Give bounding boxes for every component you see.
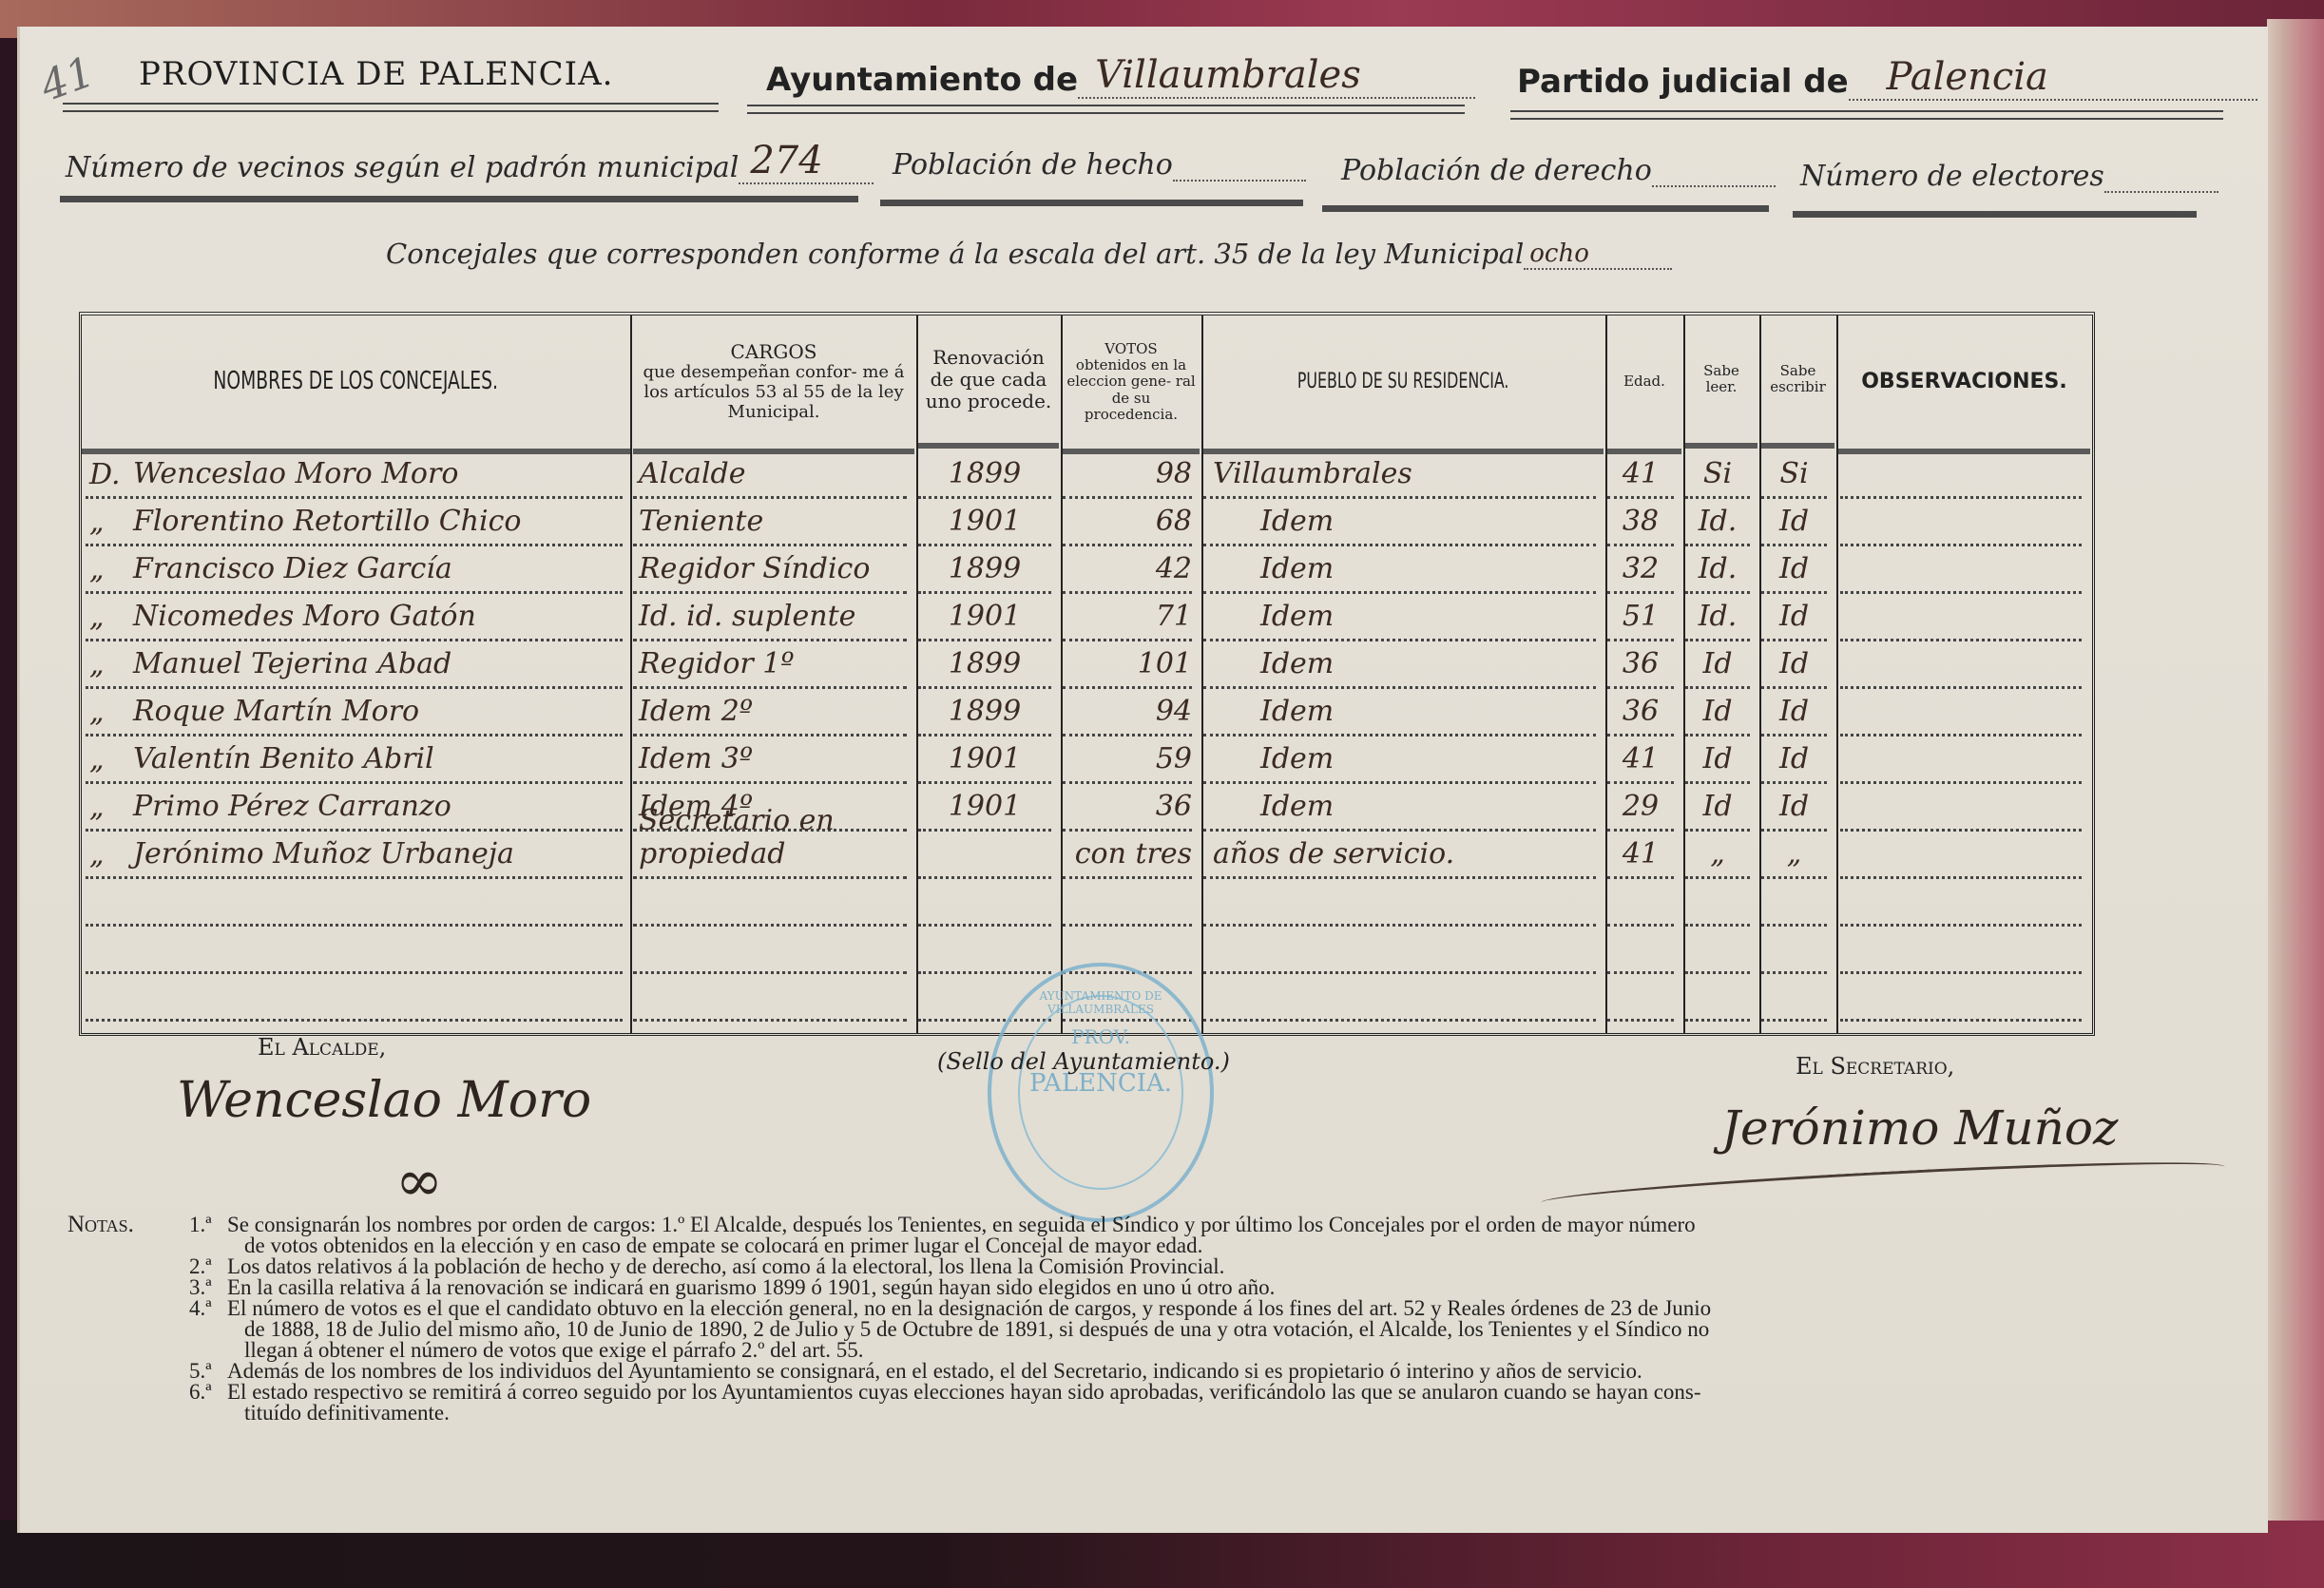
electores-label: Número de electores — [1800, 160, 2104, 193]
cell-escribir: Id — [1761, 549, 1827, 594]
alcalde-label: El Alcalde, — [258, 1034, 386, 1061]
cell-cargo: Regidor Síndico — [633, 549, 907, 594]
note-line: 6.ªEl estado respectivo se remitirá á co… — [67, 1382, 2273, 1403]
alcalde-signature: Wenceslao Moro — [177, 1072, 591, 1129]
cell-obs — [1840, 929, 2082, 974]
vecinos-value: 274 — [739, 139, 874, 184]
partido-value: Palencia — [1849, 55, 2257, 101]
rule — [63, 103, 719, 112]
note-text: En la casilla relativa á la renovación s… — [227, 1277, 1275, 1298]
header-nombres: NOMBRES DE LOS CONCEJALES. — [82, 316, 630, 454]
cell-nombre: Nicomedes Moro Gatón — [86, 597, 623, 641]
cell-renovacion — [918, 882, 1051, 927]
cell-nombre: Valentín Benito Abril — [86, 739, 623, 784]
cell-cargo: Id. id. suplente — [633, 597, 907, 641]
sello-label: (Sello del Ayuntamiento.) — [937, 1048, 1230, 1075]
cell-obs — [1840, 454, 2082, 499]
cell-edad: 29 — [1607, 787, 1674, 832]
header-cargos: CARGOS que desempeñan confor- me á los a… — [633, 316, 914, 454]
cell-votos: 59 — [1063, 739, 1192, 784]
rule — [1793, 211, 2197, 218]
note-text: Los datos relativos á la población de he… — [227, 1256, 1224, 1277]
table-row: „Roque Martín MoroIdem 2º189994Idem36IdI… — [82, 692, 2092, 737]
ledger-page: 41 PROVINCIA DE PALENCIA. Ayuntamiento d… — [17, 27, 2268, 1533]
partido-label: Partido judicial de — [1517, 63, 1849, 101]
table-row: „Francisco Diez GarcíaRegidor Síndico189… — [82, 549, 2092, 594]
cell-pueblo: años de servicio. — [1203, 834, 1596, 879]
cell-renovacion: 1901 — [918, 502, 1051, 546]
cell-votos: 68 — [1063, 502, 1192, 546]
cell-nombre — [86, 977, 623, 1022]
cell-pueblo: Idem — [1203, 597, 1596, 641]
cell-leer: Id — [1685, 692, 1750, 737]
partido-field: Partido judicial de Palencia — [1517, 55, 2257, 101]
cell-leer: Id. — [1685, 502, 1750, 546]
cell-votos: 71 — [1063, 597, 1192, 641]
cell-votos: 36 — [1063, 787, 1192, 832]
cell-escribir: „ — [1761, 834, 1827, 879]
book-page-edges — [2267, 19, 2324, 1540]
cell-nombre: Wenceslao Moro Moro — [86, 454, 623, 499]
cell-escribir: Id — [1761, 692, 1827, 737]
note-text: de votos obtenidos en la elección y en c… — [244, 1235, 1202, 1256]
table-row: „Nicomedes Moro GatónId. id. suplente190… — [82, 597, 2092, 641]
note-number: 5.ª — [189, 1361, 212, 1382]
header-edad: Edad. — [1607, 316, 1681, 454]
cell-nombre: Jerónimo Muñoz Urbaneja — [86, 834, 623, 879]
cell-edad: 51 — [1607, 597, 1674, 641]
cell-edad — [1607, 882, 1674, 927]
cell-edad: 41 — [1607, 739, 1674, 784]
concejales-field: Concejales que corresponden conforme á l… — [386, 238, 1672, 270]
rule — [1322, 205, 1769, 212]
cell-cargo — [633, 882, 907, 927]
cell-renovacion: 1899 — [918, 454, 1051, 499]
cell-renovacion: 1901 — [918, 597, 1051, 641]
cell-votos — [1063, 882, 1192, 927]
table-row: „Primo Pérez CarranzoIdem 4º190136Idem29… — [82, 787, 2092, 832]
note-line: 1.ªSe consignarán los nombres por orden … — [67, 1215, 2273, 1235]
table-row: „Jerónimo Muñoz UrbanejaSecretario en pr… — [82, 834, 2092, 879]
hecho-field: Población de hecho — [893, 148, 1306, 182]
note-line: 3.ªEn la casilla relativa á la renovació… — [67, 1277, 2273, 1298]
derecho-field: Población de derecho — [1341, 154, 1776, 187]
cell-votos: 98 — [1063, 454, 1192, 499]
cell-escribir: Id — [1761, 787, 1827, 832]
note-text: El número de votos es el que el candidat… — [227, 1298, 1711, 1319]
table-row: „Valentín Benito AbrilIdem 3º190159Idem4… — [82, 739, 2092, 784]
cell-cargo: Alcalde — [633, 454, 907, 499]
ayuntamiento-value: Villaumbrales — [1078, 53, 1475, 99]
cell-edad: 32 — [1607, 549, 1674, 594]
cell-renovacion — [918, 929, 1051, 974]
note-text: Además de los nombres de los individuos … — [227, 1361, 1642, 1382]
cell-pueblo: Villaumbrales — [1203, 454, 1596, 499]
cell-leer: „ — [1685, 834, 1750, 879]
note-text: Se consignarán los nombres por orden de … — [227, 1215, 1696, 1235]
cell-votos: 42 — [1063, 549, 1192, 594]
cell-votos: 94 — [1063, 692, 1192, 737]
note-line: tituído definitivamente. — [67, 1403, 2273, 1424]
cell-pueblo: Idem — [1203, 549, 1596, 594]
cell-escribir — [1761, 882, 1827, 927]
cell-obs — [1840, 502, 2082, 546]
cell-leer: Id. — [1685, 549, 1750, 594]
cell-renovacion: 1899 — [918, 644, 1051, 689]
cell-renovacion: 1901 — [918, 787, 1051, 832]
cell-renovacion: 1901 — [918, 739, 1051, 784]
header-votos: VOTOS obtenidos en la eleccion gene- ral… — [1063, 316, 1200, 454]
hecho-label: Población de hecho — [893, 148, 1173, 182]
cell-leer — [1685, 882, 1750, 927]
ayuntamiento-label: Ayuntamiento de — [766, 61, 1078, 99]
header-pueblo: PUEBLO DE SU RESIDENCIA. — [1203, 316, 1604, 454]
hecho-value — [1173, 180, 1306, 182]
signature-flourish — [1541, 1154, 2225, 1215]
cell-leer: Id — [1685, 787, 1750, 832]
note-number: 2.ª — [189, 1256, 212, 1277]
note-text: llegan á obtener el número de votos que … — [244, 1340, 864, 1361]
note-text: tituído definitivamente. — [244, 1403, 450, 1424]
cell-leer — [1685, 977, 1750, 1022]
table-row: „Florentino Retortillo ChicoTeniente1901… — [82, 502, 2092, 546]
header-sabe-escribir: Sabe escribir — [1761, 316, 1834, 449]
note-text: El estado respectivo se remitirá á corre… — [227, 1382, 1701, 1403]
cell-cargo: Secretario en propiedad — [633, 834, 907, 879]
cell-edad: 41 — [1607, 834, 1674, 879]
cell-obs — [1840, 977, 2082, 1022]
note-number: 4.ª — [189, 1298, 212, 1319]
cell-edad: 38 — [1607, 502, 1674, 546]
cell-cargo: Teniente — [633, 502, 907, 546]
cell-pueblo: Idem — [1203, 502, 1596, 546]
cell-leer: Id — [1685, 644, 1750, 689]
cell-obs — [1840, 692, 2082, 737]
note-number: 1.ª — [189, 1215, 212, 1235]
rule — [880, 200, 1303, 206]
cell-cargo: Regidor 1º — [633, 644, 907, 689]
cell-pueblo: Idem — [1203, 692, 1596, 737]
header-row: PROVINCIA DE PALENCIA. — [139, 55, 613, 93]
note-line: 4.ªEl número de votos es el que el candi… — [67, 1298, 2273, 1319]
note-line: llegan á obtener el número de votos que … — [67, 1340, 2273, 1361]
cell-leer — [1685, 929, 1750, 974]
cell-pueblo — [1203, 977, 1596, 1022]
cell-escribir: Si — [1761, 454, 1827, 499]
cell-pueblo — [1203, 929, 1596, 974]
header-observaciones: OBSERVACIONES. — [1838, 316, 2090, 454]
header-sabe-leer: Sabe leer. — [1685, 316, 1757, 449]
cell-leer: Id. — [1685, 597, 1750, 641]
table-row — [82, 882, 2092, 927]
rule — [60, 196, 858, 202]
electores-field: Número de electores — [1800, 160, 2218, 193]
cell-escribir — [1761, 929, 1827, 974]
note-line: 5.ªAdemás de los nombres de los individu… — [67, 1361, 2273, 1382]
cell-cargo: Idem 2º — [633, 692, 907, 737]
cell-renovacion — [918, 834, 1051, 879]
derecho-label: Población de derecho — [1341, 154, 1652, 187]
cell-escribir: Id — [1761, 597, 1827, 641]
margin-annotation: 41 — [34, 48, 101, 111]
note-line: 2.ªLos datos relativos á la población de… — [67, 1256, 2273, 1277]
cell-edad — [1607, 929, 1674, 974]
cell-pueblo: Idem — [1203, 787, 1596, 832]
cell-nombre — [86, 882, 623, 927]
cell-renovacion: 1899 — [918, 549, 1051, 594]
cell-leer: Si — [1685, 454, 1750, 499]
cell-obs — [1840, 834, 2082, 879]
secretario-signature: Jerónimo Muñoz — [1721, 1100, 2118, 1156]
ayuntamiento-field: Ayuntamiento de Villaumbrales — [766, 53, 1475, 99]
cell-votos: 101 — [1063, 644, 1192, 689]
cell-escribir: Id — [1761, 644, 1827, 689]
cell-edad: 41 — [1607, 454, 1674, 499]
cell-nombre: Roque Martín Moro — [86, 692, 623, 737]
cell-renovacion: 1899 — [918, 692, 1051, 737]
note-text: de 1888, 18 de Julio del mismo año, 10 d… — [244, 1319, 1709, 1340]
electores-value — [2104, 191, 2218, 193]
cell-escribir: Id — [1761, 739, 1827, 784]
rule — [1510, 110, 2223, 120]
cell-pueblo: Idem — [1203, 644, 1596, 689]
cell-nombre: Primo Pérez Carranzo — [86, 787, 623, 832]
note-line: de 1888, 18 de Julio del mismo año, 10 d… — [67, 1319, 2273, 1340]
cell-escribir — [1761, 977, 1827, 1022]
concejales-value: ocho — [1524, 239, 1672, 270]
table-row: D.Wenceslao Moro MoroAlcalde189998Villau… — [82, 454, 2092, 499]
cell-edad — [1607, 977, 1674, 1022]
note-number: 6.ª — [189, 1382, 212, 1403]
vecinos-field: Número de vecinos según el padrón munici… — [66, 139, 874, 184]
cell-leer: Id — [1685, 739, 1750, 784]
concejales-label: Concejales que corresponden conforme á l… — [386, 238, 1524, 270]
cell-obs — [1840, 739, 2082, 784]
rule — [747, 105, 1465, 114]
note-number: 3.ª — [189, 1277, 212, 1298]
cell-pueblo: Idem — [1203, 739, 1596, 784]
cell-pueblo — [1203, 882, 1596, 927]
header-renovacion: Renovación de que cada uno procede. — [918, 316, 1059, 449]
cell-obs — [1840, 549, 2082, 594]
ayuntamiento-seal-stamp: AYUNTAMIENTO DE VILLAUMBRALES PROV. PALE… — [988, 963, 1214, 1222]
cell-nombre: Manuel Tejerina Abad — [86, 644, 623, 689]
cell-obs — [1840, 787, 2082, 832]
cell-cargo — [633, 977, 907, 1022]
vecinos-label: Número de vecinos según el padrón munici… — [66, 151, 739, 184]
secretario-label: El Secretario, — [1796, 1053, 1954, 1080]
cell-edad: 36 — [1607, 692, 1674, 737]
cell-edad: 36 — [1607, 644, 1674, 689]
derecho-value — [1652, 185, 1776, 187]
table-row: „Manuel Tejerina AbadRegidor 1º1899101Id… — [82, 644, 2092, 689]
cell-nombre: Florentino Retortillo Chico — [86, 502, 623, 546]
provincia-title: PROVINCIA DE PALENCIA. — [139, 55, 613, 93]
cell-escribir: Id — [1761, 502, 1827, 546]
concejales-table: NOMBRES DE LOS CONCEJALES. CARGOS que de… — [79, 312, 2095, 1036]
cell-nombre — [86, 929, 623, 974]
rubrica-flourish: ∞ — [395, 1148, 443, 1215]
cell-cargo — [633, 929, 907, 974]
cell-cargo: Idem 3º — [633, 739, 907, 784]
cell-nombre: Francisco Diez García — [86, 549, 623, 594]
cell-obs — [1840, 644, 2082, 689]
note-line: de votos obtenidos en la elección y en c… — [67, 1235, 2273, 1256]
cell-obs — [1840, 597, 2082, 641]
cell-obs — [1840, 882, 2082, 927]
notes-section: Notas. 1.ªSe consignarán los nombres por… — [67, 1215, 2273, 1424]
cell-votos: con tres — [1063, 834, 1192, 879]
